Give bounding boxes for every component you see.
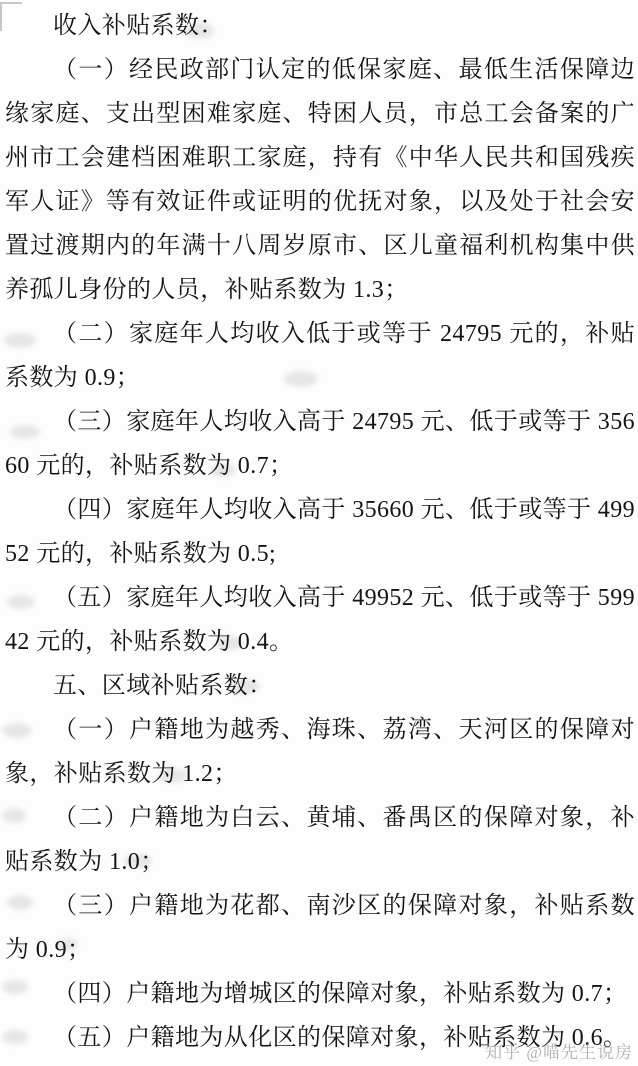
paragraph-income-item-1: （一）经民政部门认定的低保家庭、最低生活保障边缘家庭、支出型困难家庭、特困人员，… bbox=[5, 48, 635, 312]
paragraph-income-item-4: （四）家庭年人均收入高于 35660 元、低于或等于 49952 元的，补贴系数… bbox=[5, 488, 635, 576]
paragraph-income-item-2: （二）家庭年人均收入低于或等于 24795 元的，补贴系数为 0.9； bbox=[5, 312, 635, 400]
paragraph-income-heading: 收入补贴系数： bbox=[5, 4, 635, 48]
paragraph-income-item-3: （三）家庭年人均收入高于 24795 元、低于或等于 35660 元的，补贴系数… bbox=[5, 400, 635, 488]
paragraph-region-item-1: （一）户籍地为越秀、海珠、荔湾、天河区的保障对象，补贴系数为 1.2； bbox=[5, 708, 635, 796]
paragraph-region-item-4: （四）户籍地为增城区的保障对象，补贴系数为 0.7； bbox=[5, 972, 635, 1016]
paragraph-region-item-3: （三）户籍地为花都、南沙区的保障对象，补贴系数为 0.9； bbox=[5, 884, 635, 972]
scanned-document-page: 收入补贴系数： （一）经民政部门认定的低保家庭、最低生活保障边缘家庭、支出型困难… bbox=[0, 0, 638, 1066]
paragraph-region-item-2: （二）户籍地为白云、黄埔、番禺区的保障对象，补贴系数为 1.0； bbox=[5, 796, 635, 884]
document-text-column: 收入补贴系数： （一）经民政部门认定的低保家庭、最低生活保障边缘家庭、支出型困难… bbox=[5, 4, 635, 1060]
paragraph-income-item-5: （五）家庭年人均收入高于 49952 元、低于或等于 59942 元的，补贴系数… bbox=[5, 576, 635, 664]
paragraph-region-heading: 五、区域补贴系数： bbox=[5, 664, 635, 708]
zhihu-watermark: 知乎 @喵先生说房 bbox=[485, 1038, 633, 1063]
